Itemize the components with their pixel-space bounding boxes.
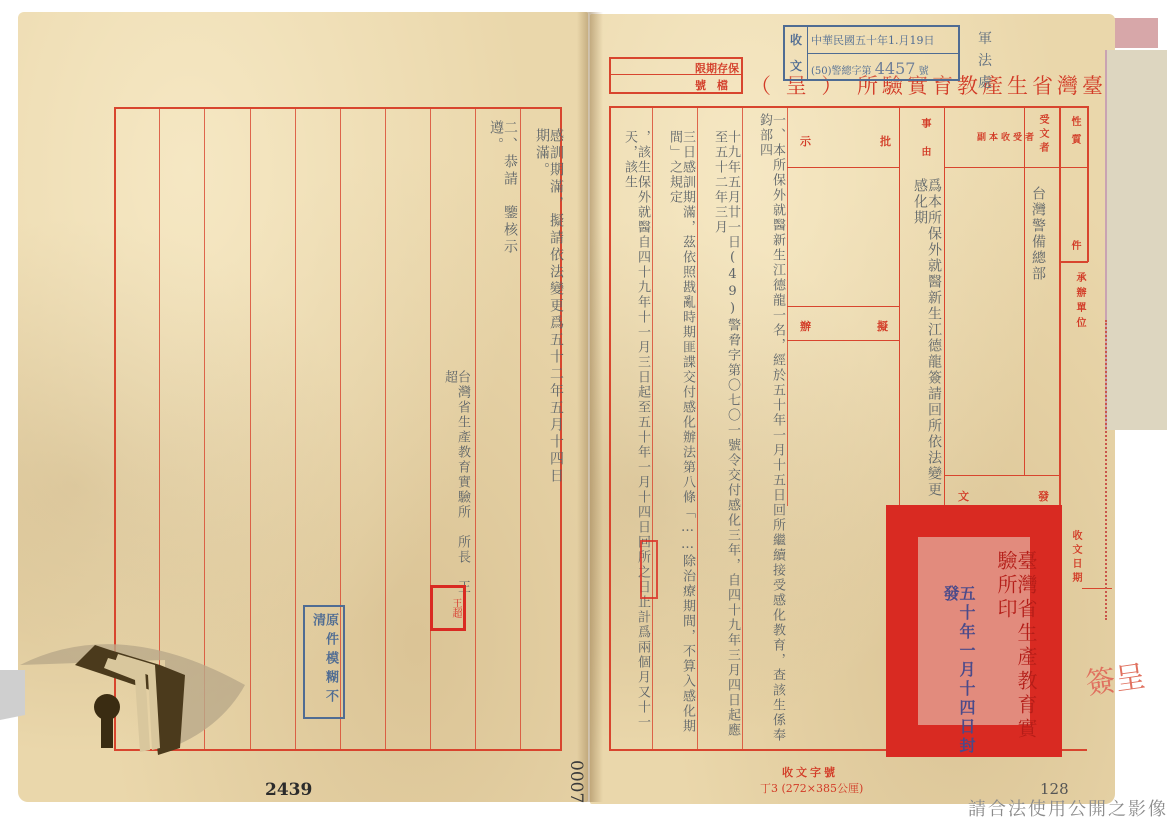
label-receipt-date: 收文日期 bbox=[1068, 530, 1083, 586]
attached-pink-slip bbox=[1108, 18, 1158, 48]
body-line-1: 一、本所保外就醫新生江德龍一名，經於五十年一月十五日回所繼續接受感化教育，查該生… bbox=[758, 113, 784, 748]
watermark: 請合法使用公開之影像 bbox=[968, 795, 1168, 820]
label-dispatch-2: 文 bbox=[958, 488, 969, 504]
subject-value: 爲本所保外就醫新生江德龍簽請回所依法變更感化期 bbox=[913, 178, 941, 508]
seal-overprint: 五十年一月十四日封發 bbox=[942, 585, 974, 757]
label-draft: 擬 bbox=[877, 318, 888, 334]
top-right-annotation: 軍 法 處 bbox=[978, 28, 994, 94]
label-subject: 事由 bbox=[917, 118, 932, 174]
recipient-value: 台灣警備總部 bbox=[1031, 186, 1045, 282]
receipt-number: 4457 bbox=[875, 59, 916, 78]
label-cc: 副本收受者 bbox=[977, 130, 1037, 143]
form-footer-label: 收文字號 bbox=[782, 764, 838, 780]
label-nature: 性質 bbox=[1067, 116, 1082, 152]
signature-line: 台灣省生產教育實驗所 所長 王 超 bbox=[443, 370, 469, 600]
personal-seal-left: 王超 bbox=[430, 585, 466, 631]
retention-box: 限期存保 號 檔 bbox=[609, 57, 743, 94]
illegible-original-stamp: 原件模糊不清 bbox=[303, 605, 345, 719]
label-instruction-1: 批 bbox=[880, 133, 891, 149]
body-line-2: 十九年五月廿一日(49)警脅字第〇七〇一號令交付感化三年，自四十九年三月四日起應… bbox=[713, 130, 739, 748]
archive-keyhole-logo-icon bbox=[0, 620, 250, 760]
body-line-4: ，該生保外就醫自四十九年十一月三日起至五十年一月十四日回所之日止計爲兩個月又十一… bbox=[623, 130, 649, 748]
form-footer-spec: 丁3 (272×385公厘) bbox=[760, 780, 863, 796]
body-line-3: 三日感訓期滿，茲依照戡亂時期匪諜交付感化辦法第八條「……除治療期間，不算入感化期… bbox=[668, 130, 694, 748]
body-line-closing: 二、恭請 鑒核示遵。 bbox=[489, 120, 517, 260]
label-recipient: 受文者 bbox=[1035, 114, 1050, 156]
label-handling: 辦 bbox=[800, 318, 811, 334]
label-dispatch-1: 發 bbox=[1038, 488, 1049, 504]
attached-overlay-sheet bbox=[1105, 50, 1167, 430]
seal-text: 臺灣省生產教育實驗所印 bbox=[996, 550, 1036, 757]
label-processing-unit: 承辦單位 bbox=[1072, 272, 1087, 332]
label-document-kind: 件 bbox=[1067, 240, 1082, 258]
archive-logo bbox=[0, 620, 250, 760]
page-number-left: 2439 bbox=[265, 780, 312, 800]
binding-line bbox=[1105, 320, 1107, 620]
official-seal: 臺灣省生產教育實驗所印 五十年一月十四日封發 bbox=[886, 505, 1062, 757]
label-instruction-2: 示 bbox=[800, 133, 811, 149]
handwritten-page-number: 0007 bbox=[566, 760, 586, 803]
correction-seal bbox=[640, 540, 658, 599]
handwritten-signature: 簽呈 bbox=[1082, 651, 1148, 703]
page-gutter bbox=[577, 12, 603, 802]
receipt-stamp: 收 文 中華民國五十年1.月19日 (50)警總字第 4457 號 bbox=[783, 25, 960, 81]
body-line-continuation: 感訓期滿，擬請依法變更爲五十二年五月十四日期滿。 bbox=[535, 128, 563, 498]
